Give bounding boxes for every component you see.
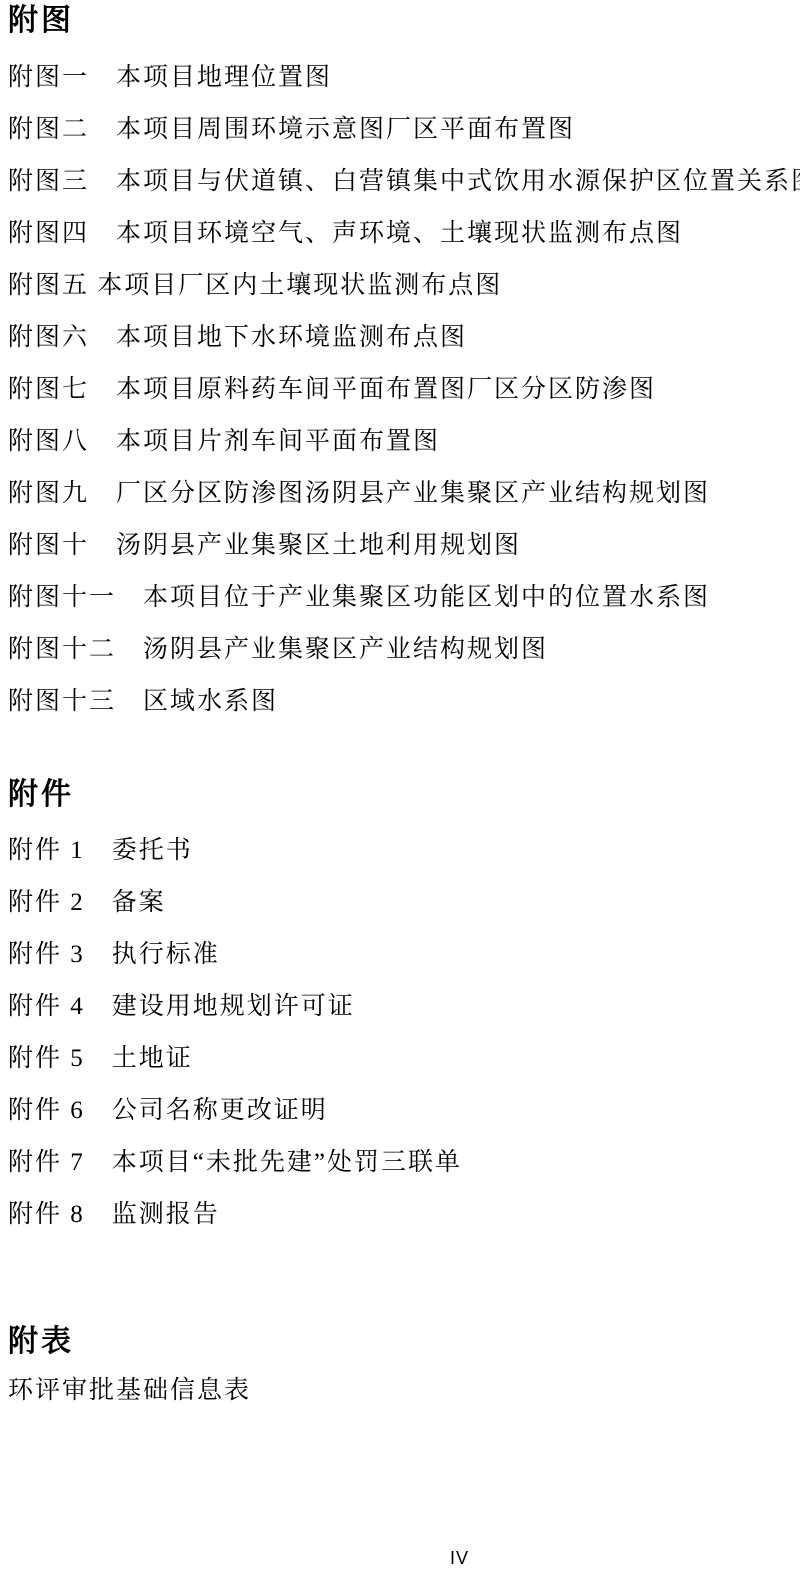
toc-item-figure-11: 附图十一 本项目位于产业集聚区功能区划中的位置水系图 <box>8 572 800 624</box>
toc-item-figure-5: 附图五 本项目厂区内土壤现状监测布点图 <box>8 260 800 312</box>
toc-item-attachment-8: 附件 8 监测报告 <box>8 1189 800 1241</box>
toc-item-figure-12: 附图十二 汤阴县产业集聚区产业结构规划图 <box>8 624 800 676</box>
toc-item-table-1: 环评审批基础信息表 <box>8 1365 800 1417</box>
toc-item-figure-4: 附图四 本项目环境空气、声环境、土壤现状监测布点图 <box>8 208 800 260</box>
toc-item-attachment-1: 附件 1 委托书 <box>8 825 800 877</box>
attachments-list: 附件 1 委托书 附件 2 备案 附件 3 执行标准 附件 4 建设用地规划许可… <box>8 825 800 1241</box>
toc-item-figure-6: 附图六 本项目地下水环境监测布点图 <box>8 312 800 364</box>
toc-item-attachment-6: 附件 6 公司名称更改证明 <box>8 1085 800 1137</box>
toc-item-attachment-3: 附件 3 执行标准 <box>8 929 800 981</box>
document-page: 附图 附图一 本项目地理位置图 附图二 本项目周围环境示意图厂区平面布置图 附图… <box>0 0 800 1569</box>
toc-item-attachment-2: 附件 2 备案 <box>8 877 800 929</box>
toc-item-figure-13: 附图十三 区域水系图 <box>8 676 800 728</box>
section-heading-tables: 附表 <box>8 1325 800 1359</box>
section-heading-attachments: 附件 <box>8 778 800 812</box>
toc-item-figure-10: 附图十 汤阴县产业集聚区土地利用规划图 <box>8 520 800 572</box>
toc-item-figure-9: 附图九 厂区分区防渗图汤阴县产业集聚区产业结构规划图 <box>8 468 800 520</box>
section-heading-figures: 附图 <box>8 4 800 38</box>
toc-item-figure-1: 附图一 本项目地理位置图 <box>8 52 800 104</box>
toc-item-figure-7: 附图七 本项目原料药车间平面布置图厂区分区防渗图 <box>8 364 800 416</box>
toc-item-figure-2: 附图二 本项目周围环境示意图厂区平面布置图 <box>8 104 800 156</box>
toc-item-figure-8: 附图八 本项目片剂车间平面布置图 <box>8 416 800 468</box>
toc-item-attachment-5: 附件 5 土地证 <box>8 1033 800 1085</box>
toc-item-figure-3: 附图三 本项目与伏道镇、白营镇集中式饮用水源保护区位置关系图 <box>8 156 800 208</box>
toc-item-attachment-7: 附件 7 本项目“未批先建”处罚三联单 <box>8 1137 800 1189</box>
toc-item-attachment-4: 附件 4 建设用地规划许可证 <box>8 981 800 1033</box>
figures-list: 附图一 本项目地理位置图 附图二 本项目周围环境示意图厂区平面布置图 附图三 本… <box>8 52 800 728</box>
page-number: IV <box>450 1548 469 1568</box>
